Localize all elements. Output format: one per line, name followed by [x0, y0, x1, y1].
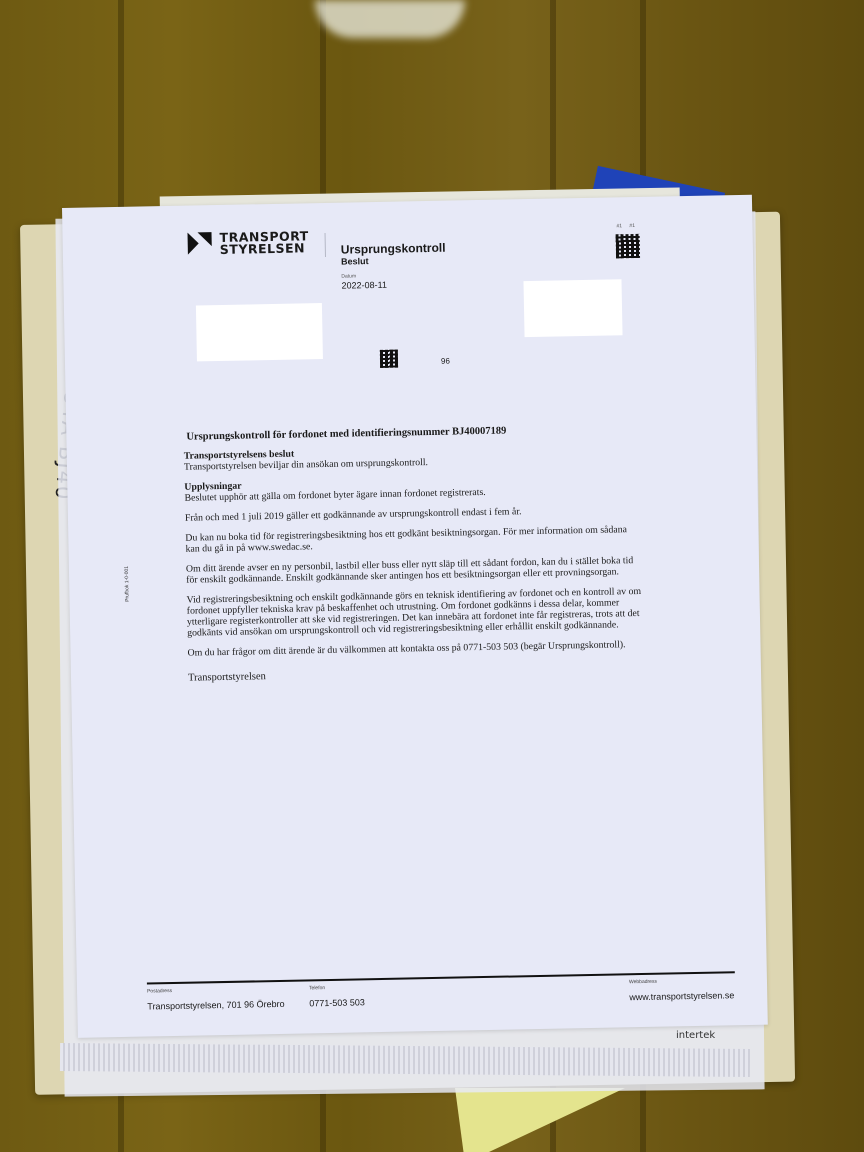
datamatrix-small-icon — [380, 350, 398, 368]
reference-number: 96 — [441, 357, 450, 366]
light-reflection — [315, 0, 465, 38]
document-title: Ursprungskontroll — [341, 241, 446, 257]
paragraph: Från och med 1 juli 2019 gäller ett godk… — [185, 504, 640, 524]
header-divider — [325, 233, 326, 257]
date-value: 2022-08-11 — [341, 280, 387, 291]
page-numbers: #1 #1 — [616, 223, 635, 229]
paragraph: Om ditt ärende avser en ny personbil, la… — [186, 555, 641, 586]
letter-body: Ursprungskontroll för fordonet med ident… — [183, 423, 643, 684]
logo-mark-icon — [187, 232, 211, 256]
postal-address: Transportstyrelsen, 701 96 Örebro — [147, 999, 284, 1012]
paragraph: Vid registreringsbesiktning och enskilt … — [186, 586, 642, 639]
phone-label: Telefon — [309, 985, 325, 991]
logo-text: TRANSPORT STYRELSEN — [219, 230, 309, 256]
web-label: Webbadress — [629, 979, 657, 986]
sticky-note — [455, 1088, 625, 1152]
decision-letter: TRANSPORT STYRELSEN Ursprungskontroll Be… — [62, 195, 768, 1038]
side-code: Prufbok 1-0-001 — [124, 566, 131, 602]
letter-heading: Ursprungskontroll för fordonet med ident… — [186, 423, 638, 443]
paragraph: Om du har frågor om ditt ärende är du vä… — [187, 639, 642, 659]
signature: Transportstyrelsen — [188, 664, 643, 684]
transportstyrelsen-logo: TRANSPORT STYRELSEN — [187, 230, 309, 256]
redacted-reference — [523, 279, 622, 337]
logo-line-2: STYRELSEN — [220, 242, 309, 256]
phone-number: 0771-503 503 — [309, 997, 365, 1008]
redacted-address — [196, 303, 323, 361]
document-subtitle: Beslut — [341, 256, 369, 267]
web-address: www.transportstyrelsen.se — [629, 990, 734, 1002]
paragraph: Du kan nu boka tid för registreringsbesi… — [185, 524, 640, 555]
postal-label: Postadress — [147, 988, 172, 994]
datamatrix-code-icon — [616, 234, 640, 258]
intertek-brand: intertek — [676, 1030, 715, 1041]
date-label: Datum — [341, 273, 356, 279]
